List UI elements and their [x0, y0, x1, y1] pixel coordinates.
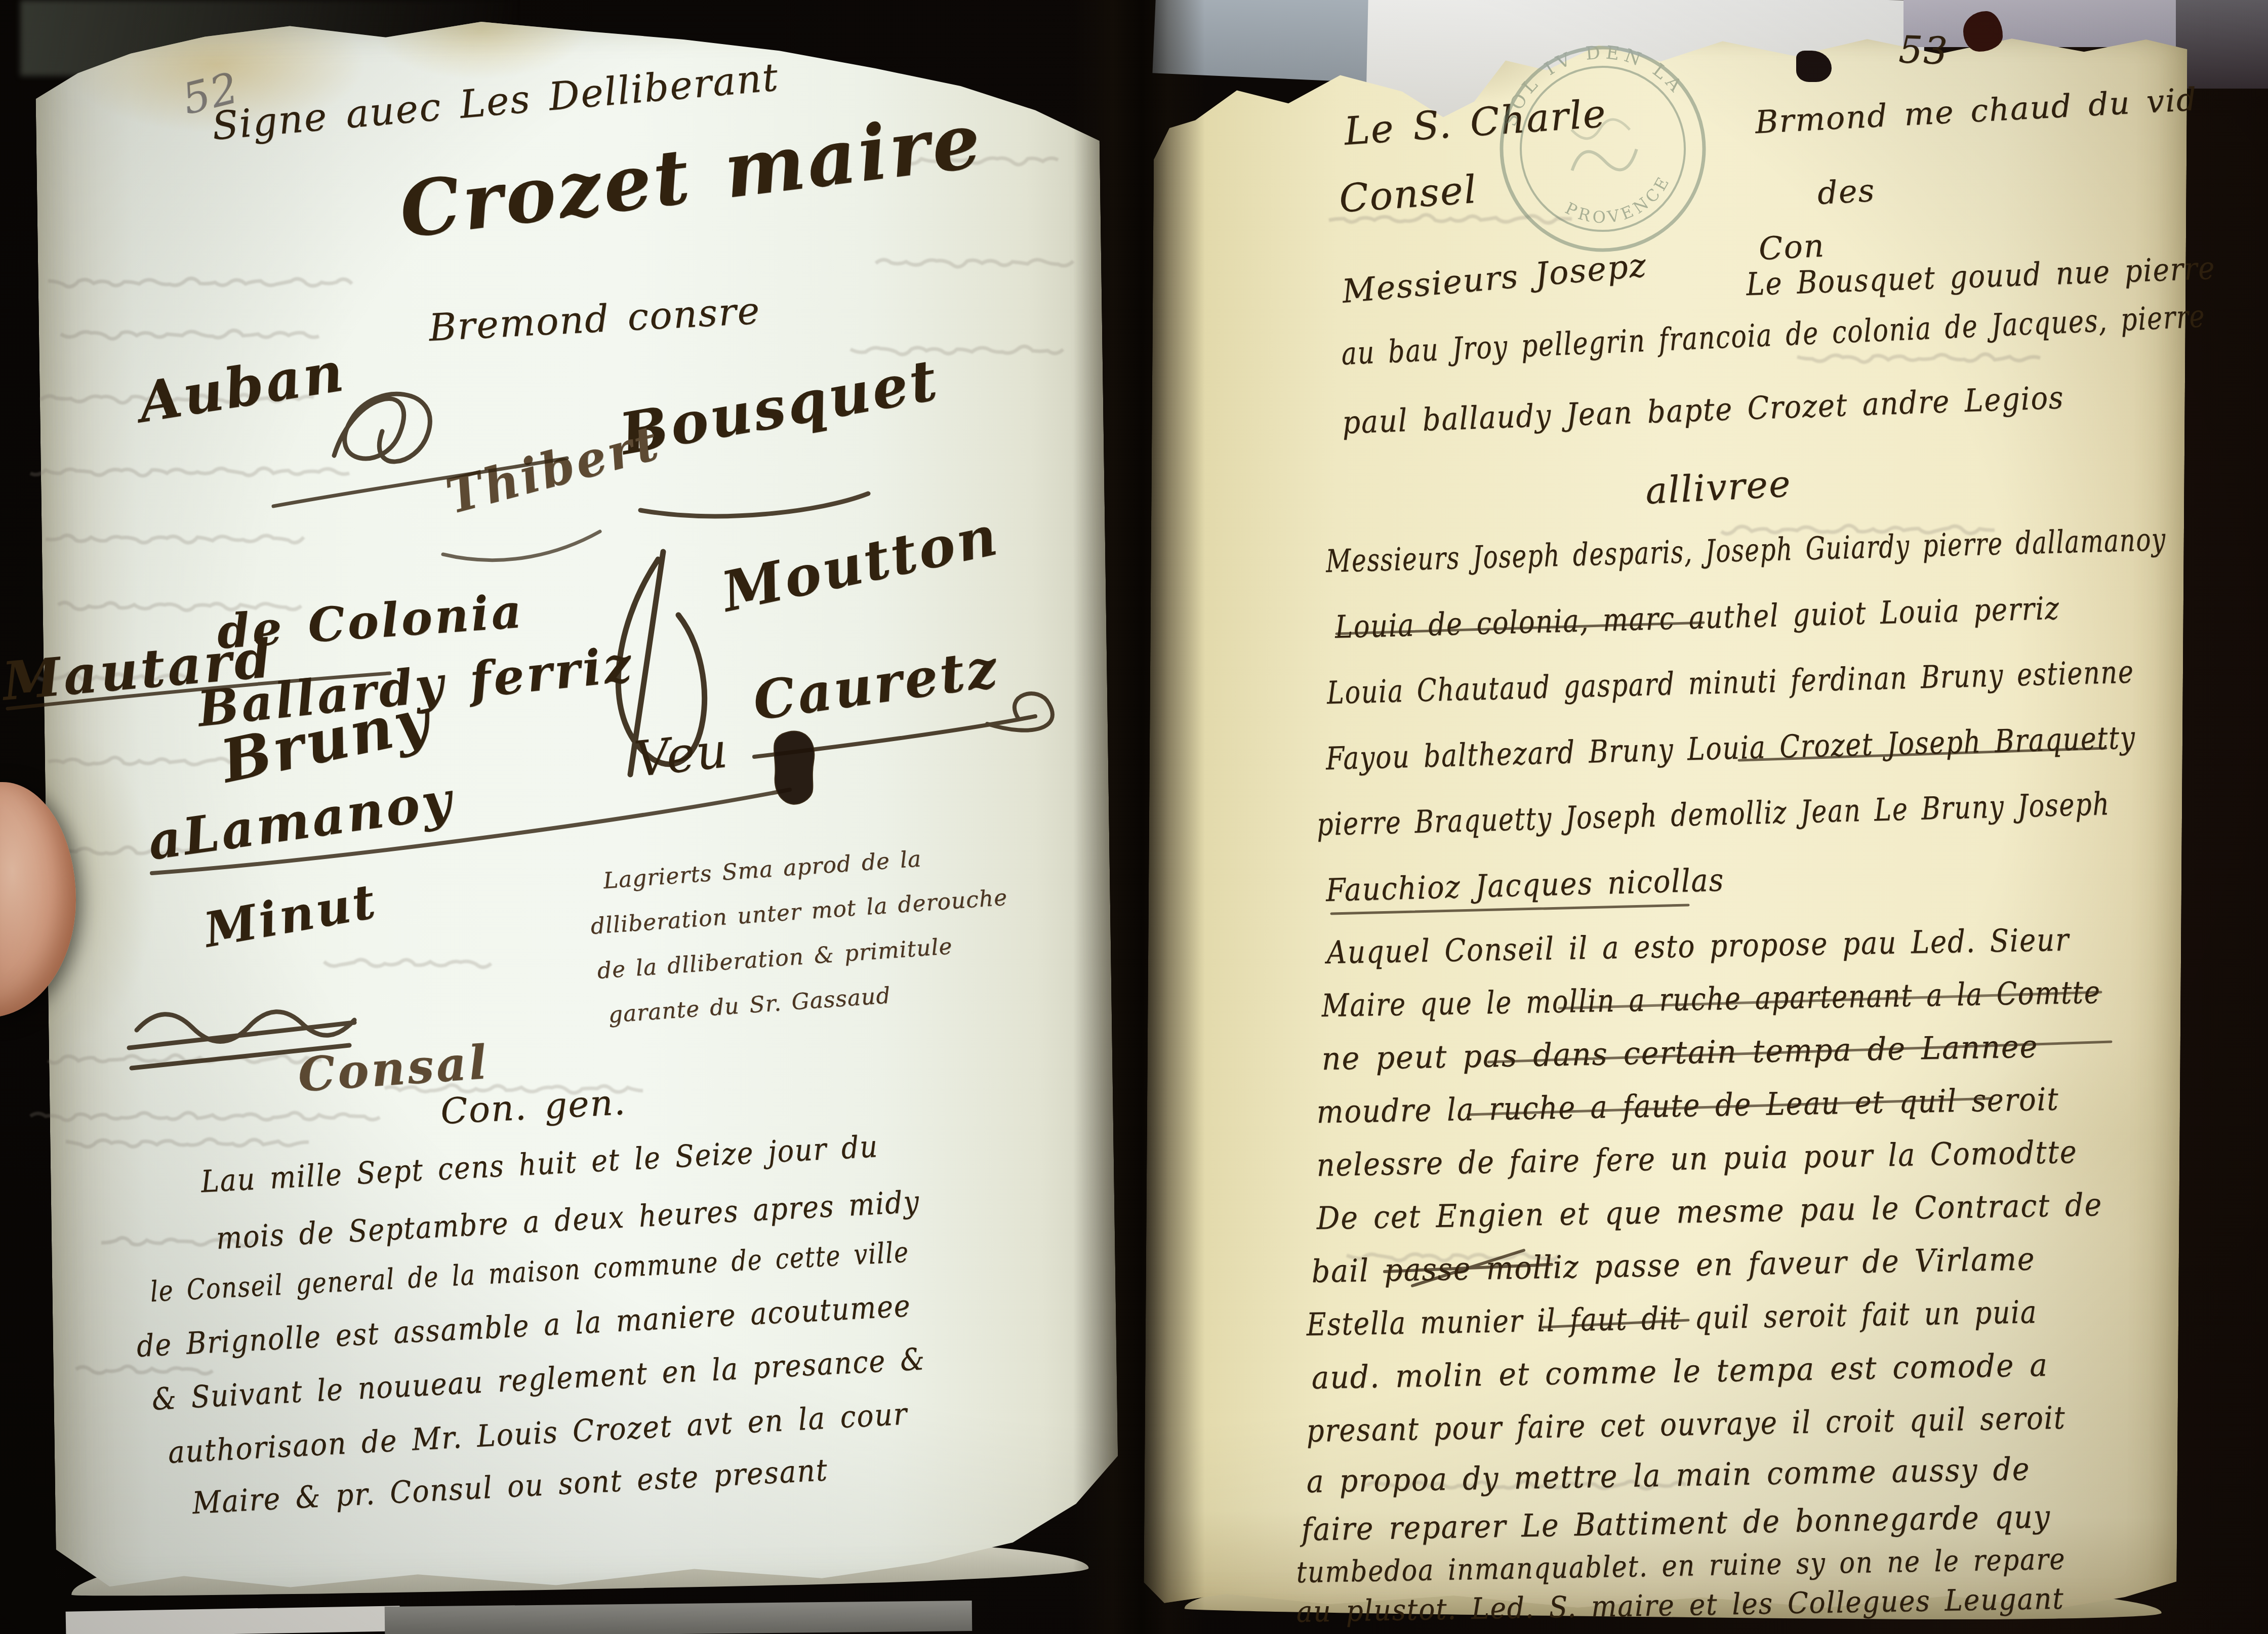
- svg-text:PROVENCE: PROVENCE: [1558, 169, 1679, 233]
- bleedthrough-squiggle: [48, 1055, 321, 1063]
- bleedthrough-squiggle: [30, 1113, 380, 1120]
- veu-label: Veu: [632, 722, 731, 788]
- allivree-heading: allivree: [1644, 462, 1792, 512]
- bleedthrough-squiggle: [1797, 354, 2040, 362]
- bleedthrough-squiggle: [48, 278, 352, 287]
- book-gutter-shadow: [1073, 0, 1205, 1634]
- bleedthrough-squiggle: [30, 468, 349, 476]
- bleedthrough-squiggle: [850, 346, 1063, 354]
- corner-note-line-2: des: [1816, 172, 1876, 212]
- ink-blot-top-right: [1963, 11, 2003, 52]
- photo-open-manuscript-register: 52 Signe auec Les Delliberant Crozet mai…: [0, 0, 2268, 1634]
- bleedthrough-squiggle: [61, 331, 319, 339]
- round-stamp-provence: SOL IV DEN LA PROVENCE: [1479, 25, 1726, 272]
- page-number-53: 53: [1898, 28, 1949, 73]
- bleedthrough-squiggle: [48, 757, 230, 764]
- margin-note-consel: Consel: [1338, 167, 1479, 221]
- bleedthrough-squiggle: [66, 1139, 309, 1147]
- bleedthrough-squiggle: [46, 535, 304, 543]
- bleedthrough-squiggle: [876, 260, 1073, 267]
- bleedthrough-squiggle: [324, 960, 491, 967]
- corner-note-line-3: Con: [1758, 227, 1826, 267]
- bleedthrough-squiggle: [76, 1366, 213, 1374]
